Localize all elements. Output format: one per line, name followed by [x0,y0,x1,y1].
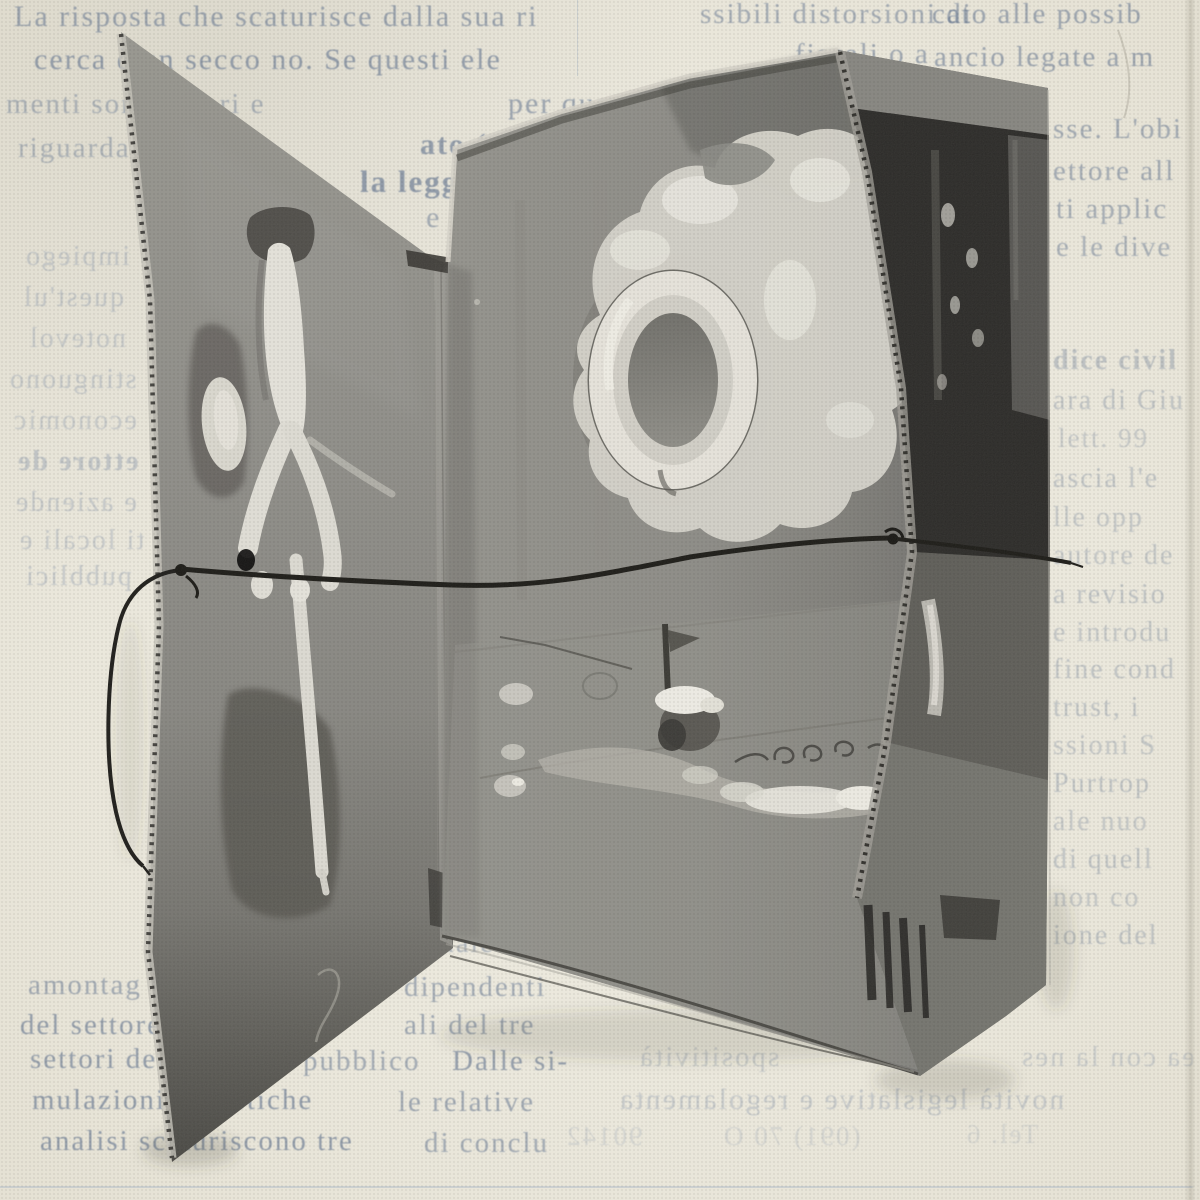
scanned-page: { "page": { "description": "Halftone bla… [0,0,1200,1200]
cardboard-box-artwork [0,0,1200,1200]
newspaper-page: La risposta che scaturisce dalla sua ric… [0,0,1200,1200]
halftone-grain [0,0,1200,1200]
